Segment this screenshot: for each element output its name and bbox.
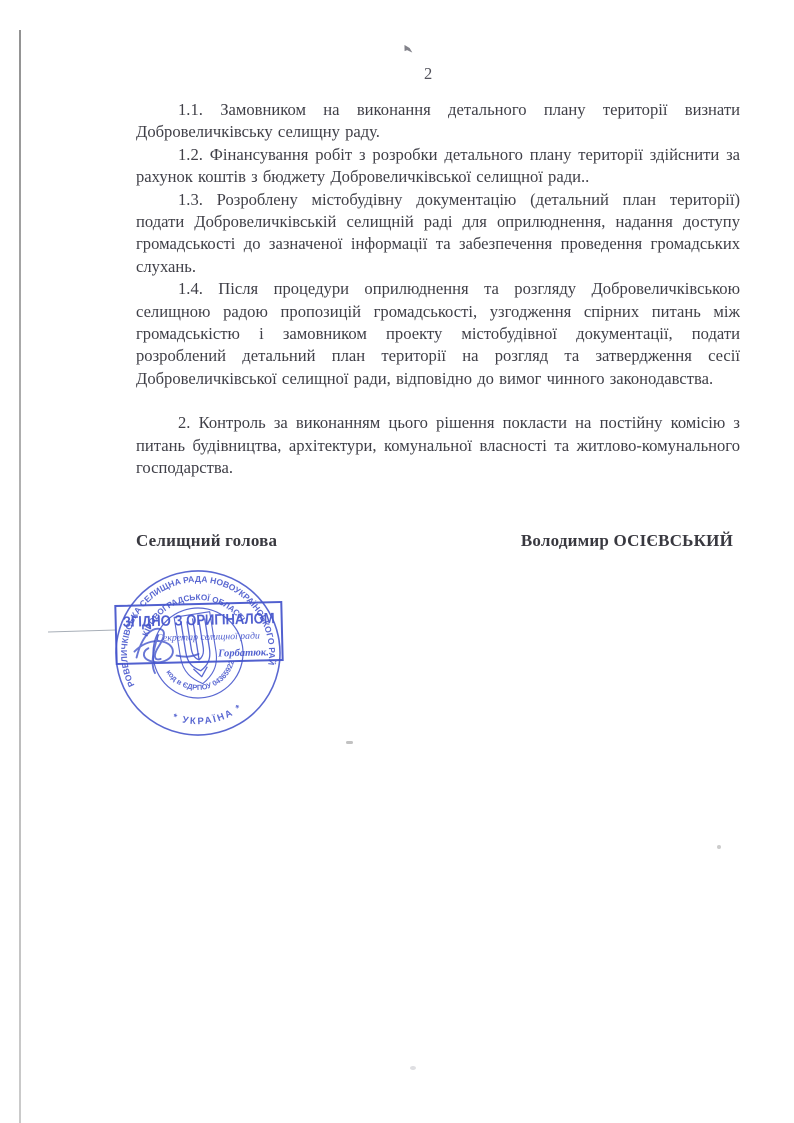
- certification-stamp: ЗГІДНО З ОРИГІНАЛОМ Секретар селищної ра…: [115, 602, 283, 674]
- ink-speck-artifact: [403, 43, 413, 52]
- signature-line-artifact: [48, 630, 116, 632]
- scan-speck: [410, 1066, 416, 1070]
- page-number: 2: [424, 64, 432, 84]
- scan-speck: [346, 741, 353, 744]
- paragraph-1-1: 1.1. Замовником на виконання детального …: [136, 99, 740, 144]
- document-body: 1.1. Замовником на виконання детального …: [136, 99, 740, 480]
- paragraph-2: 2. Контроль за виконанням цього рішення …: [136, 412, 740, 479]
- seal-country-text: * УКРАЇНА *: [170, 701, 247, 732]
- certification-signer-role: Секретар селищної ради: [156, 631, 260, 645]
- certification-title: ЗГІДНО З ОРИГІНАЛОМ: [123, 610, 275, 631]
- paragraph-1-3: 1.3. Розроблену містобудівну документаці…: [136, 189, 740, 279]
- scan-speck: [717, 845, 721, 849]
- signer-name: Володимир ОСІЄВСЬКИЙ: [521, 531, 733, 551]
- certification-signer-surname: Горбатюк.: [217, 647, 269, 659]
- scan-edge-artifact-line: [19, 30, 21, 1123]
- official-stamp: ДОБРОВЕЛИЧКІВСЬКА СЕЛИЩНА РАДА НОВОУКРАЇ…: [40, 556, 330, 761]
- signature-row: Селищний голова Володимир ОСІЄВСЬКИЙ: [136, 531, 733, 551]
- signer-role: Селищний голова: [136, 531, 277, 551]
- paragraph-1-4: 1.4. Після процедури оприлюднення та роз…: [136, 278, 740, 390]
- scanned-document-page: 2 1.1. Замовником на виконання детальног…: [0, 0, 794, 1123]
- paragraph-1-2: 1.2. Фінансування робіт з розробки детал…: [136, 144, 740, 189]
